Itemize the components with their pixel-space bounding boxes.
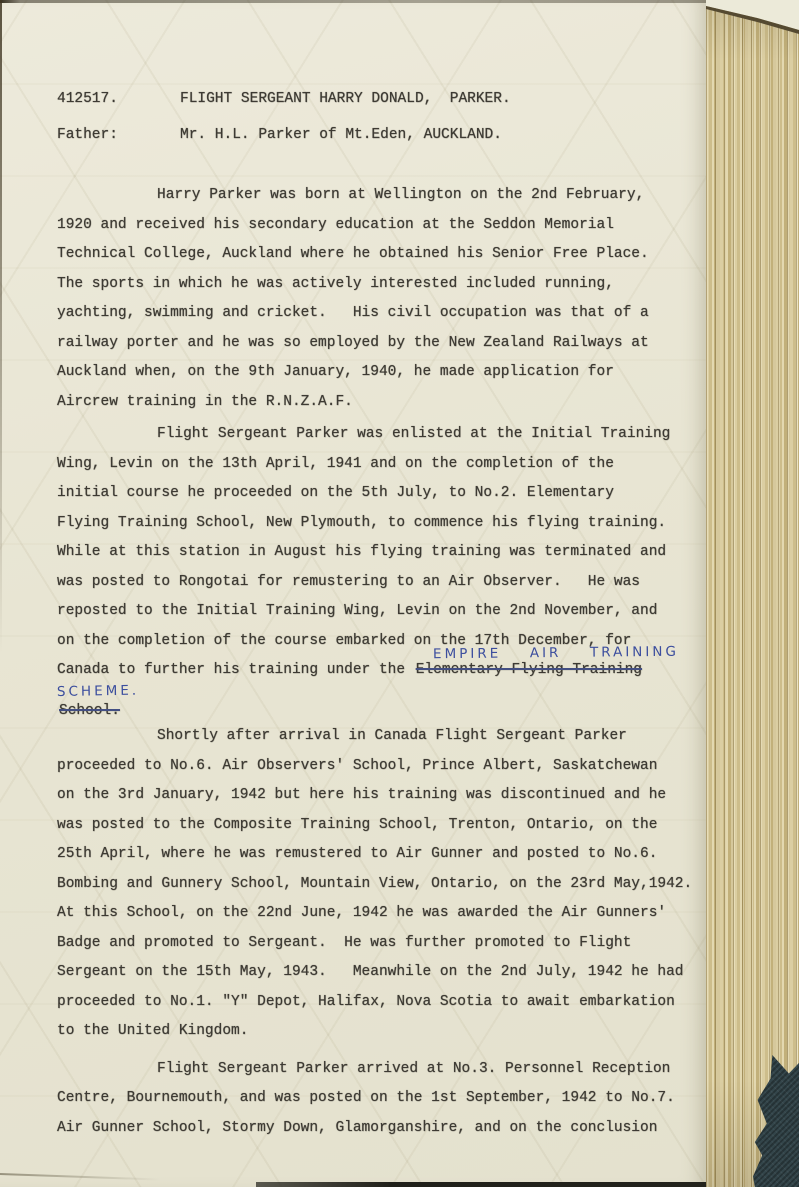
text-line: yachting, swimming and cricket. His civi… — [57, 299, 706, 329]
text-line: Flying Training School, New Plymouth, to… — [57, 509, 706, 539]
text-line: Aircrew training in the R.N.Z.A.F. — [57, 388, 706, 418]
photo-top-edge — [0, 0, 706, 3]
text-line: The sports in which he was actively inte… — [57, 270, 706, 300]
text-line: reposted to the Initial Training Wing, L… — [57, 597, 706, 627]
paragraph-birth-education: Harry Parker was born at Wellington on t… — [57, 181, 706, 417]
service-number: 412517. — [57, 84, 180, 114]
document-page: 412517.FLIGHT SERGEANT HARRY DONALD, PAR… — [0, 0, 706, 1187]
text-line: Shortly after arrival in Canada Flight S… — [57, 722, 706, 752]
text-line-struck-school: School. — [57, 701, 706, 722]
text-line: Bombing and Gunnery School, Mountain Vie… — [57, 870, 706, 900]
text-line: railway porter and he was so employed by… — [57, 329, 706, 359]
text-line: 25th April, where he was remustered to A… — [57, 840, 706, 870]
text-line: was posted to the Composite Training Sch… — [57, 811, 706, 841]
text-line: initial course he proceeded on the 5th J… — [57, 479, 706, 509]
struck-out-text: School. — [54, 703, 125, 719]
paragraph-canada-training: Shortly after arrival in Canada Flight S… — [57, 722, 706, 1047]
page-stack-top-surface — [706, 0, 799, 42]
document-header: 412517.FLIGHT SERGEANT HARRY DONALD, PAR… — [57, 84, 706, 150]
text-line: While at this station in August his flyi… — [57, 538, 706, 568]
photo-left-edge — [0, 0, 2, 653]
text-line: Flight Sergeant Parker was enlisted at t… — [57, 420, 706, 450]
page-title: FLIGHT SERGEANT HARRY DONALD, PARKER. — [180, 91, 511, 107]
text-line: Centre, Bournemouth, and was posted on t… — [57, 1084, 706, 1114]
text-line: Technical College, Auckland where he obt… — [57, 240, 706, 270]
father-label: Father: — [57, 120, 180, 150]
text-line: Sergeant on the 15th May, 1943. Meanwhil… — [57, 958, 706, 988]
text-line: proceeded to No.6. Air Observers' School… — [57, 752, 706, 782]
text-line: Air Gunner School, Stormy Down, Glamorga… — [57, 1114, 706, 1144]
text-line: Harry Parker was born at Wellington on t… — [57, 181, 706, 211]
correction-pre-text: Canada to further his training under the — [57, 662, 414, 678]
text-line: on the 3rd January, 1942 but here his tr… — [57, 781, 706, 811]
page-content: 412517.FLIGHT SERGEANT HARRY DONALD, PAR… — [0, 0, 706, 1143]
text-line: Auckland when, on the 9th January, 1940,… — [57, 358, 706, 388]
handwritten-annotation-empire-air-training: EMPIRE AIR TRAINING — [433, 638, 679, 669]
paragraph-uk-arrival: Flight Sergeant Parker arrived at No.3. … — [57, 1055, 706, 1144]
text-line: Flight Sergeant Parker arrived at No.3. … — [57, 1055, 706, 1085]
corrected-passage: Canada to further his training under the… — [57, 656, 706, 722]
text-line: to the United Kingdom. — [57, 1017, 706, 1047]
header-father-row: Father:Mr. H.L. Parker of Mt.Eden, AUCKL… — [57, 120, 706, 150]
text-line: was posted to Rongotai for remustering t… — [57, 568, 706, 598]
book-page-edges — [706, 0, 799, 1187]
text-line: 1920 and received his secondary educatio… — [57, 211, 706, 241]
text-line: proceeded to No.1. "Y" Depot, Halifax, N… — [57, 988, 706, 1018]
text-line: Badge and promoted to Sergeant. He was f… — [57, 929, 706, 959]
father-value: Mr. H.L. Parker of Mt.Eden, AUCKLAND. — [180, 127, 502, 143]
photo-bottom-shadow — [256, 1182, 706, 1187]
scanned-document-photo: 412517.FLIGHT SERGEANT HARRY DONALD, PAR… — [0, 0, 799, 1187]
text-line: Wing, Levin on the 13th April, 1941 and … — [57, 450, 706, 480]
paragraph-enlistment: Flight Sergeant Parker was enlisted at t… — [57, 420, 706, 656]
header-name-row: 412517.FLIGHT SERGEANT HARRY DONALD, PAR… — [57, 84, 706, 114]
text-line: At this School, on the 22nd June, 1942 h… — [57, 899, 706, 929]
